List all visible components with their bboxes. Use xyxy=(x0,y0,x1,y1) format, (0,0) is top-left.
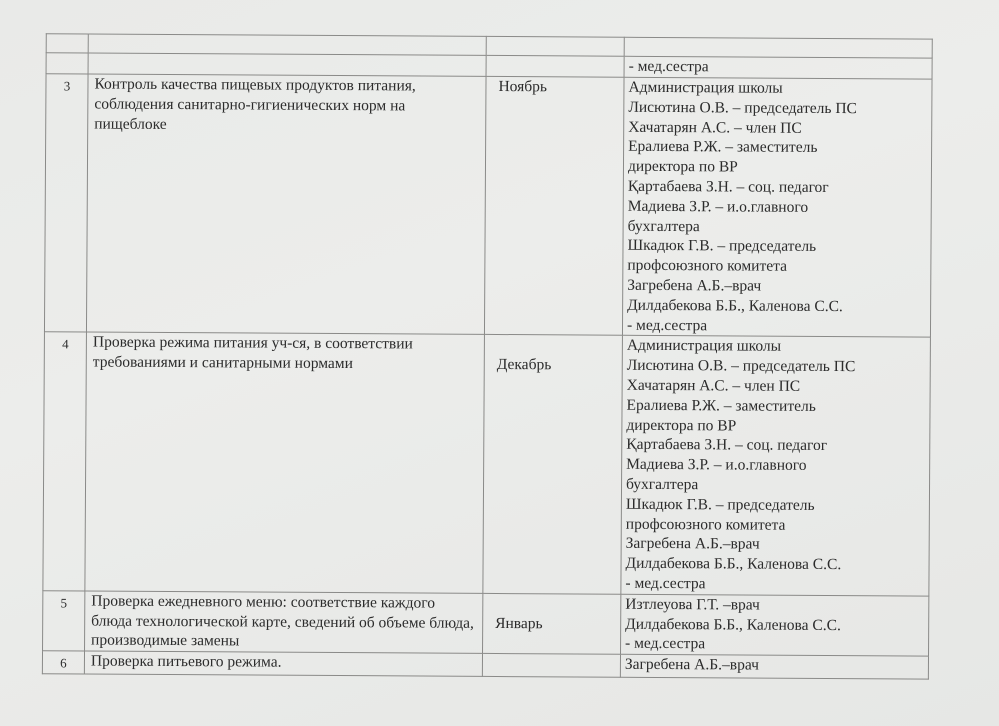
cell-task xyxy=(88,34,486,55)
date-text: Ноябрь xyxy=(484,76,624,335)
responsible-line: Мадиева З.Р. – и.о.главного xyxy=(626,455,925,477)
responsible-list: Изтлеуова Г.Т. –врачДилдабекова Б.Б., Ка… xyxy=(621,594,929,656)
task-text: Проверка питьевого режима. xyxy=(84,651,482,676)
responsible-line: Хачатарян А.С. – член ПС xyxy=(627,376,926,398)
row-number: 5 xyxy=(43,590,85,651)
responsible-line: бухгалтера xyxy=(626,475,925,497)
responsible-line: Дилдабекова Б.Б., Каленова С.С. xyxy=(625,614,924,636)
task-text: Проверка режима питания уч-ся, в соответ… xyxy=(85,332,485,593)
responsible-line: Хачатарян А.С. – член ПС xyxy=(628,117,927,139)
responsible-line: профсоюзного комитета xyxy=(626,514,925,536)
table-row: 4 Проверка режима питания уч-ся, в соотв… xyxy=(43,332,931,596)
table-row: 3 Контроль качества пищевых продуктов пи… xyxy=(44,74,932,338)
responsible-line: Ералиева Р.Ж. – заместитель xyxy=(628,137,927,159)
responsible-line: - мед.сестра xyxy=(625,574,924,596)
responsible-line: Мадиева З.Р. – и.о.главного xyxy=(628,197,927,219)
responsible-line: Загребена А.Б.–врач xyxy=(626,534,925,556)
row-number: 6 xyxy=(42,651,84,674)
responsible-line: - мед.сестра xyxy=(627,315,926,337)
responsible-line: Администрация школы xyxy=(628,78,927,100)
document-page: - мед.сестра 3 Контроль качества пищевых… xyxy=(0,0,999,726)
responsible-line: Дилдабекова Б.Б., Каленова С.С. xyxy=(625,554,924,576)
responsible-line: профсоюзного комитета xyxy=(627,256,926,278)
responsible-line: Шкадюк Г.В. – председатель xyxy=(627,236,926,258)
responsible-line: Шкадюк Г.В. – председатель xyxy=(626,495,925,517)
responsible-line: Лисютина О.В. – председатель ПС xyxy=(628,98,927,120)
responsible-line: - мед.сестра xyxy=(625,634,924,656)
task-text: Проверка ежедневного меню: соответствие … xyxy=(85,591,483,654)
responsible-line: Загребена А.Б.–врач xyxy=(627,276,926,298)
cell-num xyxy=(46,34,88,53)
responsible-list: Администрация школыЛисютина О.В. – предс… xyxy=(622,77,932,337)
cell-task xyxy=(88,53,486,76)
table-row: 5 Проверка ежедневного меню: соответстви… xyxy=(43,590,929,656)
responsible-line: Загребена А.Б.–врач xyxy=(625,655,924,677)
task-text: Контроль качества пищевых продуктов пита… xyxy=(86,74,486,335)
responsible-line: бухгалтера xyxy=(628,216,927,238)
cell-date xyxy=(486,55,624,77)
date-text: Январь xyxy=(483,593,621,654)
responsible-line: - мед.сестра xyxy=(629,57,928,79)
date-text xyxy=(482,654,620,678)
responsible-list: Загребена А.Б.–врач xyxy=(620,654,928,679)
responsible-line: Администрация школы xyxy=(627,336,926,358)
responsible-line: Лисютина О.В. – председатель ПС xyxy=(627,356,926,378)
responsible-line: Ералиева Р.Ж. – заместитель xyxy=(626,396,925,418)
responsible-line: Изтлеуова Г.Т. –врач xyxy=(625,594,924,616)
plan-table: - мед.сестра 3 Контроль качества пищевых… xyxy=(42,33,933,679)
cell-date xyxy=(486,36,624,56)
responsible-line: Қартабаева З.Н. – соц. педагог xyxy=(628,177,927,199)
row-number: 4 xyxy=(43,332,87,591)
cell-responsible: - мед.сестра xyxy=(624,56,932,79)
table-row: 6 Проверка питьевого режима. Загребена А… xyxy=(42,651,928,679)
responsible-list: Администрация школыЛисютина О.В. – предс… xyxy=(621,336,931,596)
cell-responsible xyxy=(624,37,932,58)
responsible-line: Қартабаева З.Н. – соц. педагог xyxy=(626,435,925,457)
row-number: 3 xyxy=(44,74,88,333)
responsible-line: Дилдабекова Б.Б., Каленова С.С. xyxy=(627,296,926,318)
responsible-line: директора по ВР xyxy=(628,157,927,179)
cell-num xyxy=(46,53,88,74)
responsible-line: директора по ВР xyxy=(626,415,925,437)
date-text: Декабрь xyxy=(483,335,623,594)
